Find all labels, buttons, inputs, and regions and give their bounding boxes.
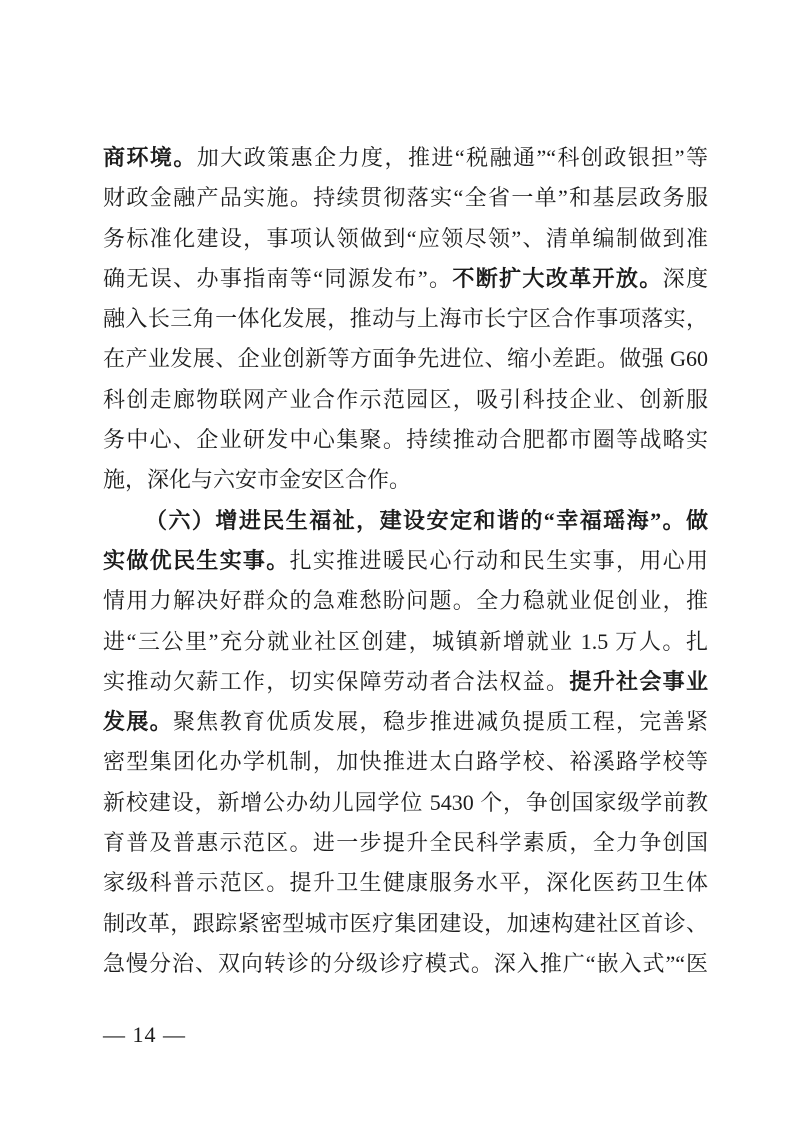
text-segment: 深度 xyxy=(663,266,708,291)
page-number: — 14 — xyxy=(103,1022,186,1048)
text-line: 实做优民生实事。扎实推进暖民心行动和民生实事，用心用 xyxy=(103,541,708,581)
text-segment: 科创走廊物联网产业合作示范园区，吸引科技企业、创新服 xyxy=(103,387,708,412)
text-segment: 务中心、企业研发中心集聚。持续推动合肥都市圈等战略实 xyxy=(103,427,708,452)
text-segment: 进“三公里”充分就业社区创建，城镇新增就业 1.5 万人。扎 xyxy=(103,629,708,654)
text-line: 确无误、办事指南等“同源发布”。不断扩大改革开放。深度 xyxy=(103,259,708,299)
bold-text-segment: （六）增进民生福祉，建设安定和谐的“幸福瑶海”。做 xyxy=(145,508,708,533)
text-segment: 在产业发展、企业创新等方面争先进位、缩小差距。做强 G60 xyxy=(103,346,708,371)
bold-text-segment: 实做优民生实事。 xyxy=(103,548,290,573)
text-segment: 施，深化与六安市金安区合作。 xyxy=(103,467,411,492)
document-body: 商环境。加大政策惠企力度，推进“税融通”“科创政银担”等财政金融产品实施。持续贯… xyxy=(103,138,708,984)
text-segment: 急慢分治、双向转诊的分级诊疗模式。深入推广“嵌入式”“医 xyxy=(103,951,708,976)
text-segment: 制改革，跟踪紧密型城市医疗集团建设，加速构建社区首诊、 xyxy=(103,911,708,936)
text-line: 在产业发展、企业创新等方面争先进位、缩小差距。做强 G60 xyxy=(103,339,708,379)
text-line: 密型集团化办学机制，加快推进太白路学校、裕溪路学校等 xyxy=(103,742,708,782)
text-segment: 加大政策惠企力度，推进“税融通”“科创政银担”等 xyxy=(197,145,708,170)
text-line: 商环境。加大政策惠企力度，推进“税融通”“科创政银担”等 xyxy=(103,138,708,178)
bold-text-segment: 商环境。 xyxy=(103,145,197,170)
bold-text-segment: 不断扩大改革开放。 xyxy=(452,266,662,291)
text-segment: 扎实推进暖民心行动和民生实事，用心用 xyxy=(290,548,708,573)
text-segment: 新校建设，新增公办幼儿园学位 5430 个，争创国家级学前教 xyxy=(103,790,708,815)
text-line: 融入长三角一体化发展，推动与上海市长宁区合作事项落实， xyxy=(103,299,708,339)
text-segment: 家级科普示范区。提升卫生健康服务水平，深化医药卫生体 xyxy=(103,870,708,895)
text-segment: 育普及普惠示范区。进一步提升全民科学素质，全力争创国 xyxy=(103,830,708,855)
bold-text-segment: 提升社会事业 xyxy=(569,669,708,694)
text-segment: 融入长三角一体化发展，推动与上海市长宁区合作事项落实， xyxy=(103,306,708,331)
text-segment: 情用力解决好群众的急难愁盼问题。全力稳就业促创业，推 xyxy=(103,588,708,613)
text-line: 务中心、企业研发中心集聚。持续推动合肥都市圈等战略实 xyxy=(103,420,708,460)
text-line: 发展。聚焦教育优质发展，稳步推进减负提质工程，完善紧 xyxy=(103,702,708,742)
document-page: 商环境。加大政策惠企力度，推进“税融通”“科创政银担”等财政金融产品实施。持续贯… xyxy=(0,0,793,1122)
text-line: 施，深化与六安市金安区合作。 xyxy=(103,460,708,500)
text-line: 进“三公里”充分就业社区创建，城镇新增就业 1.5 万人。扎 xyxy=(103,622,708,662)
text-line: （六）增进民生福祉，建设安定和谐的“幸福瑶海”。做 xyxy=(103,501,708,541)
text-line: 情用力解决好群众的急难愁盼问题。全力稳就业促创业，推 xyxy=(103,581,708,621)
text-line: 急慢分治、双向转诊的分级诊疗模式。深入推广“嵌入式”“医 xyxy=(103,944,708,984)
text-segment: 实推动欠薪工作，切实保障劳动者合法权益。 xyxy=(103,669,569,694)
text-segment: 确无误、办事指南等“同源发布”。 xyxy=(103,266,452,291)
text-line: 家级科普示范区。提升卫生健康服务水平，深化医药卫生体 xyxy=(103,863,708,903)
text-line: 制改革，跟踪紧密型城市医疗集团建设，加速构建社区首诊、 xyxy=(103,904,708,944)
text-line: 育普及普惠示范区。进一步提升全民科学素质，全力争创国 xyxy=(103,823,708,863)
text-line: 实推动欠薪工作，切实保障劳动者合法权益。提升社会事业 xyxy=(103,662,708,702)
text-line: 新校建设，新增公办幼儿园学位 5430 个，争创国家级学前教 xyxy=(103,783,708,823)
text-segment: 务标准化建设，事项认领做到“应领尽领”、清单编制做到准 xyxy=(103,226,708,251)
text-segment: 密型集团化办学机制，加快推进太白路学校、裕溪路学校等 xyxy=(103,749,708,774)
text-segment: 财政金融产品实施。持续贯彻落实“全省一单”和基层政务服 xyxy=(103,185,708,210)
bold-text-segment: 发展。 xyxy=(103,709,173,734)
text-line: 财政金融产品实施。持续贯彻落实“全省一单”和基层政务服 xyxy=(103,178,708,218)
text-line: 务标准化建设，事项认领做到“应领尽领”、清单编制做到准 xyxy=(103,219,708,259)
text-line: 科创走廊物联网产业合作示范园区，吸引科技企业、创新服 xyxy=(103,380,708,420)
text-segment: 聚焦教育优质发展，稳步推进减负提质工程，完善紧 xyxy=(173,709,708,734)
